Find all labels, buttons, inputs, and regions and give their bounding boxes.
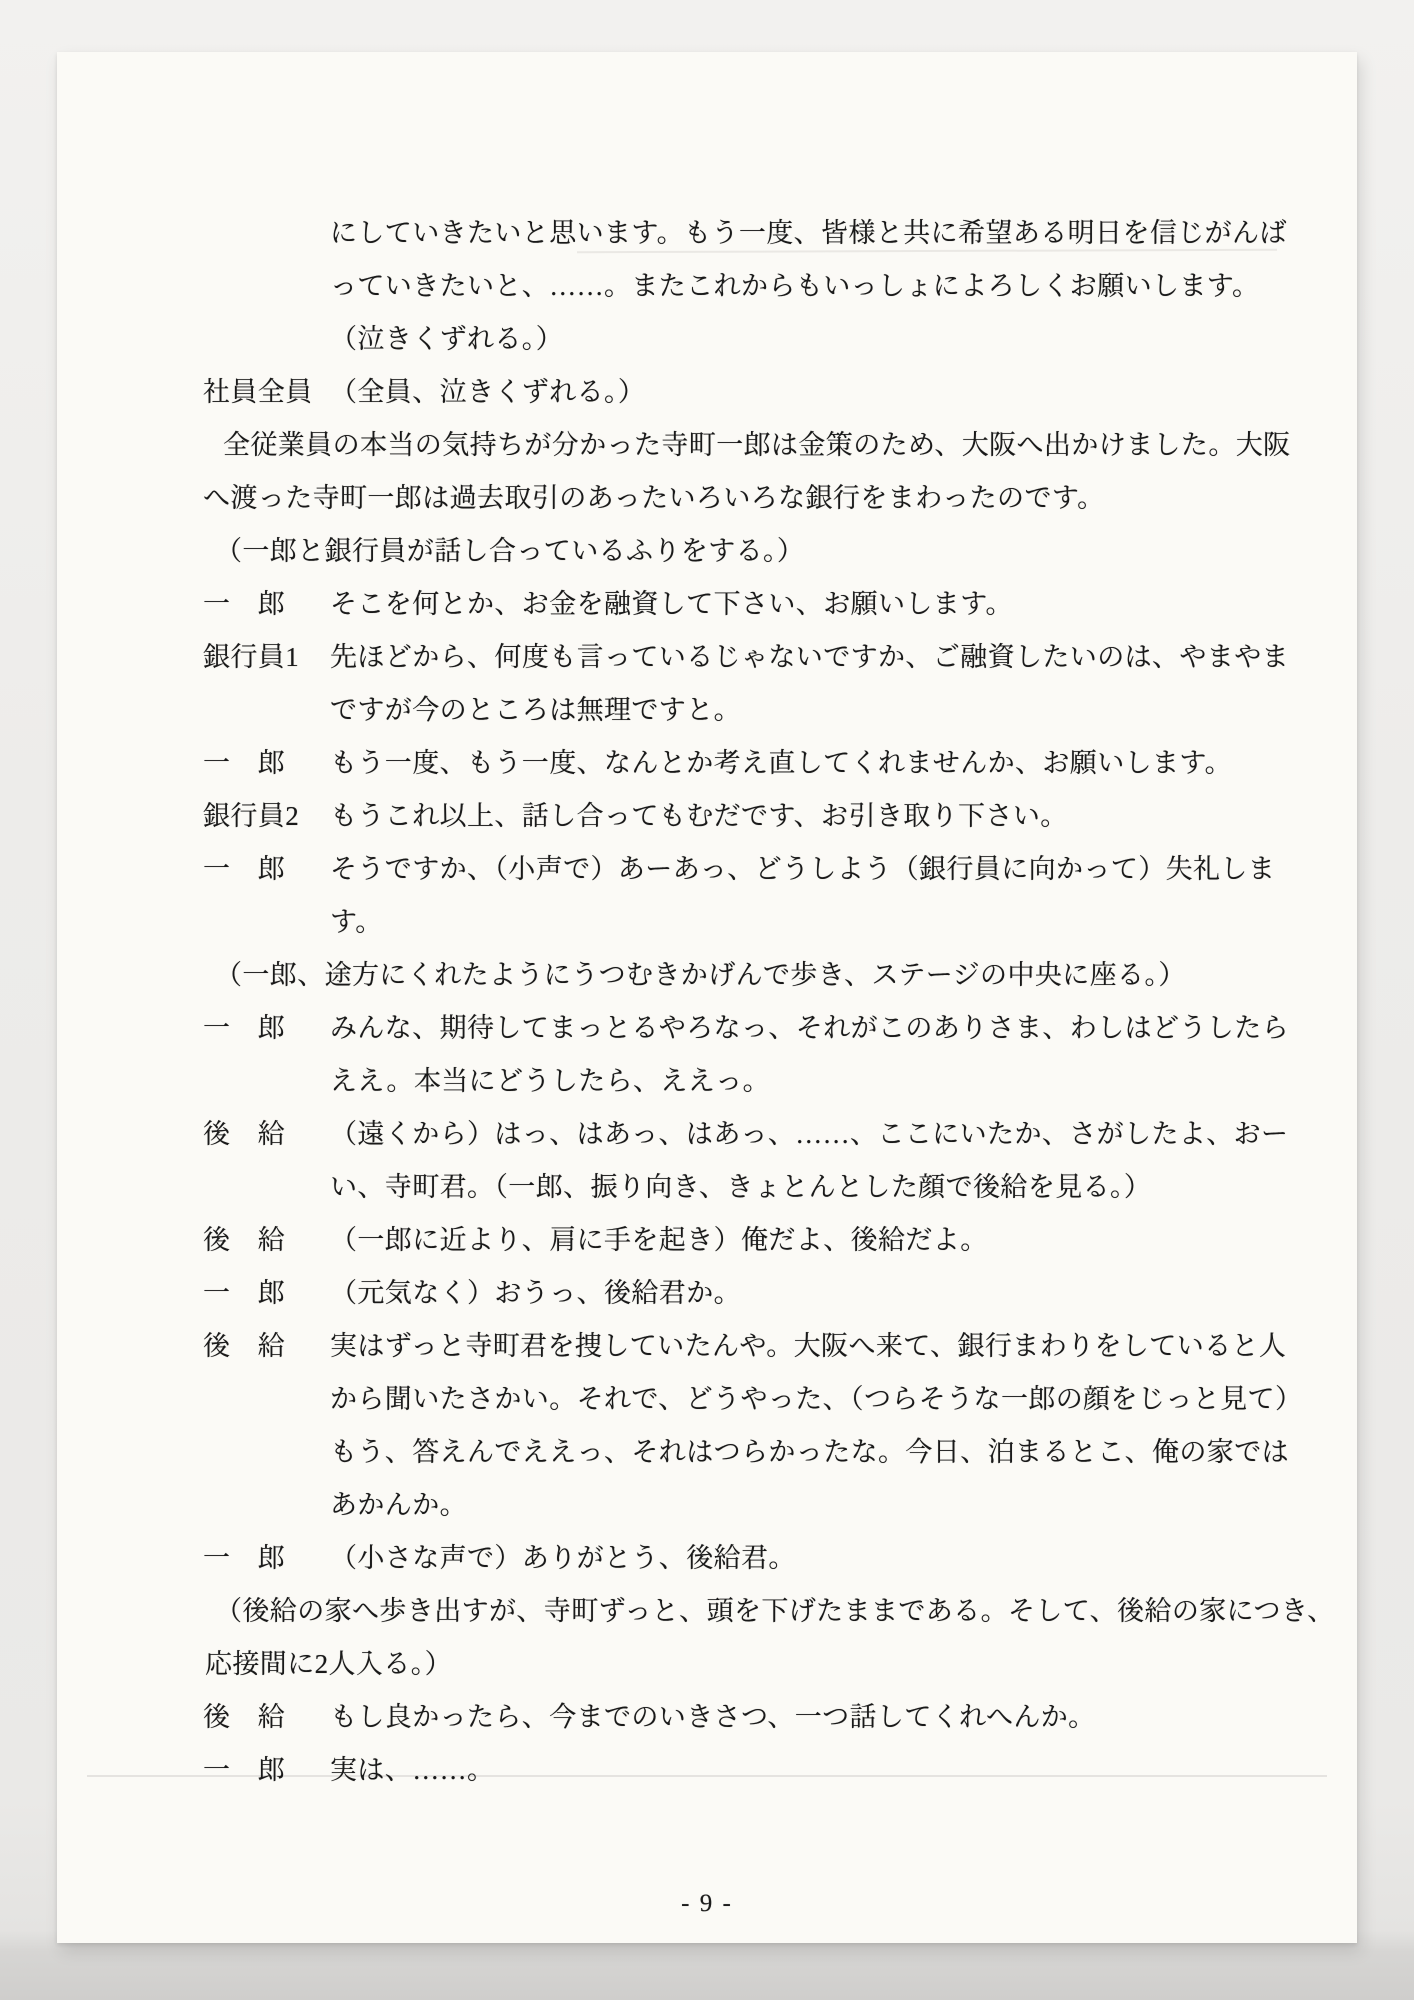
- line-text: 先ほどから、何度も言っているじゃないですか、ご融資したいのは、やまやま: [330, 635, 1289, 674]
- script-line: 後 給実はずっと寺町君を捜していたんや。大阪へ来て、銀行まわりをしていると人: [57, 1317, 1357, 1370]
- script-line: （泣きくずれる。）: [57, 310, 1357, 363]
- line-text: （全員、泣きくずれる。）: [330, 370, 645, 409]
- script-text-block: にしていきたいと思います。もう一度、皆様と共に希望ある明日を信じがんばっていきた…: [57, 52, 1357, 1794]
- speaker-name: 一 郎: [203, 1006, 330, 1045]
- line-text: （一郎、途方にくれたようにうつむきかげんで歩き、ステージの中央に座る。）: [215, 953, 1186, 992]
- line-text: ですが今のところは無理ですと。: [330, 688, 741, 727]
- line-text: っていきたいと、……。またこれからもいっしょによろしくお願いします。: [330, 264, 1259, 303]
- script-line: 一 郎実は、……。: [57, 1741, 1357, 1794]
- speaker-name: 後 給: [203, 1112, 330, 1151]
- scanned-script-page: { "page": { "number_label": "- 9 -" }, "…: [0, 0, 1414, 2000]
- speaker-name: 一 郎: [203, 741, 330, 780]
- script-line: あかんか。: [57, 1476, 1357, 1529]
- script-line: （後給の家へ歩き出すが、寺町ずっと、頭を下げたままである。そして、後給の家につき…: [57, 1582, 1357, 1635]
- speaker-name: 銀行員2: [203, 794, 330, 833]
- line-text: もし良かったら、今までのいきさつ、一つ話してくれへんか。: [330, 1695, 1096, 1734]
- line-text: もう一度、もう一度、なんとか考え直してくれませんか、お願いします。: [330, 741, 1232, 780]
- line-text: （一郎に近より、肩に手を起き）俺だよ、後給だよ。: [330, 1218, 988, 1257]
- script-line: もう、答えんでええっ、それはつらかったな。今日、泊まるとこ、俺の家では: [57, 1423, 1357, 1476]
- line-text: から聞いたさかい。それで、どうやった、（つらそうな一郎の顔をじっと見て）: [330, 1377, 1302, 1416]
- line-text: い、寺町君。（一郎、振り向き、きょとんとした顔で後給を見る。）: [330, 1165, 1151, 1204]
- line-text: もう、答えんでええっ、それはつらかったな。今日、泊まるとこ、俺の家では: [330, 1430, 1289, 1469]
- line-text: へ渡った寺町一郎は過去取引のあったいろいろな銀行をまわったのです。: [203, 476, 1105, 515]
- script-line: 後 給（遠くから）はっ、はあっ、はあっ、……、ここにいたか、さがしたよ、おー: [57, 1105, 1357, 1158]
- script-line: （一郎、途方にくれたようにうつむきかげんで歩き、ステージの中央に座る。）: [57, 946, 1357, 999]
- speaker-name: 後 給: [203, 1218, 330, 1257]
- line-text: 実は、……。: [330, 1748, 494, 1787]
- line-text: （遠くから）はっ、はあっ、はあっ、……、ここにいたか、さがしたよ、おー: [330, 1112, 1288, 1151]
- page-number: - 9 -: [57, 1890, 1357, 1918]
- script-line: 一 郎そうですか、（小声で）あーあっ、どうしよう（銀行員に向かって）失礼しま: [57, 840, 1357, 893]
- script-line: ですが今のところは無理ですと。: [57, 681, 1357, 734]
- script-line: 銀行員1先ほどから、何度も言っているじゃないですか、ご融資したいのは、やまやま: [57, 628, 1357, 681]
- speaker-name: 一 郎: [203, 1748, 330, 1787]
- line-text: （一郎と銀行員が話し合っているふりをする。）: [215, 529, 804, 568]
- line-text: みんな、期待してまっとるやろなっ、それがこのありさま、わしはどうしたら: [330, 1006, 1289, 1045]
- line-text: にしていきたいと思います。もう一度、皆様と共に希望ある明日を信じがんば: [330, 211, 1287, 250]
- speaker-name: 一 郎: [203, 1271, 330, 1310]
- script-line: にしていきたいと思います。もう一度、皆様と共に希望ある明日を信じがんば: [57, 204, 1357, 257]
- line-text: 応接間に2人入る。）: [205, 1642, 452, 1681]
- script-line: へ渡った寺町一郎は過去取引のあったいろいろな銀行をまわったのです。: [57, 469, 1357, 522]
- line-text: あかんか。: [330, 1483, 467, 1522]
- speaker-name: 社員全員: [203, 370, 330, 409]
- line-text: （泣きくずれる。）: [330, 317, 563, 356]
- script-line: （一郎と銀行員が話し合っているふりをする。）: [57, 522, 1357, 575]
- line-text: 実はずっと寺町君を捜していたんや。大阪へ来て、銀行まわりをしていると人: [330, 1324, 1286, 1363]
- speaker-name: 一 郎: [203, 1536, 330, 1575]
- paper-sheet: にしていきたいと思います。もう一度、皆様と共に希望ある明日を信じがんばっていきた…: [57, 52, 1357, 1943]
- speaker-name: 一 郎: [203, 847, 330, 886]
- script-line: ええ。本当にどうしたら、ええっ。: [57, 1052, 1357, 1105]
- speaker-name: 銀行員1: [203, 635, 330, 674]
- line-text: 全従業員の本当の気持ちが分かった寺町一郎は金策のため、大阪へ出かけました。大阪: [223, 423, 1291, 462]
- speaker-name: 後 給: [203, 1695, 330, 1734]
- script-line: 後 給（一郎に近より、肩に手を起き）俺だよ、後給だよ。: [57, 1211, 1357, 1264]
- script-line: 応接間に2人入る。）: [57, 1635, 1357, 1688]
- script-line: 銀行員2もうこれ以上、話し合ってもむだです、お引き取り下さい。: [57, 787, 1357, 840]
- script-line: っていきたいと、……。またこれからもいっしょによろしくお願いします。: [57, 257, 1357, 310]
- line-text: そこを何とか、お金を融資して下さい、お願いします。: [330, 582, 1013, 621]
- script-line: 社員全員（全員、泣きくずれる。）: [57, 363, 1357, 416]
- script-line: 一 郎みんな、期待してまっとるやろなっ、それがこのありさま、わしはどうしたら: [57, 999, 1357, 1052]
- script-line: 一 郎（元気なく）おうっ、後給君か。: [57, 1264, 1357, 1317]
- line-text: （後給の家へ歩き出すが、寺町ずっと、頭を下げたままである。そして、後給の家につき…: [215, 1589, 1335, 1628]
- script-line: 一 郎そこを何とか、お金を融資して下さい、お願いします。: [57, 575, 1357, 628]
- speaker-name: 一 郎: [203, 582, 330, 621]
- line-text: そうですか、（小声で）あーあっ、どうしよう（銀行員に向かって）失礼しま: [330, 847, 1275, 886]
- script-line: 一 郎（小さな声で）ありがとう、後給君。: [57, 1529, 1357, 1582]
- script-line: い、寺町君。（一郎、振り向き、きょとんとした顔で後給を見る。）: [57, 1158, 1357, 1211]
- line-text: （元気なく）おうっ、後給君か。: [330, 1271, 741, 1310]
- speaker-name: 後 給: [203, 1324, 330, 1363]
- script-line: から聞いたさかい。それで、どうやった、（つらそうな一郎の顔をじっと見て）: [57, 1370, 1357, 1423]
- line-text: （小さな声で）ありがとう、後給君。: [330, 1536, 796, 1575]
- script-line: 後 給もし良かったら、今までのいきさつ、一つ話してくれへんか。: [57, 1688, 1357, 1741]
- script-line: 一 郎もう一度、もう一度、なんとか考え直してくれませんか、お願いします。: [57, 734, 1357, 787]
- line-text: ええ。本当にどうしたら、ええっ。: [330, 1059, 770, 1098]
- script-line: 全従業員の本当の気持ちが分かった寺町一郎は金策のため、大阪へ出かけました。大阪: [57, 416, 1357, 469]
- line-text: す。: [330, 900, 383, 939]
- script-line: す。: [57, 893, 1357, 946]
- line-text: もうこれ以上、話し合ってもむだです、お引き取り下さい。: [330, 794, 1068, 833]
